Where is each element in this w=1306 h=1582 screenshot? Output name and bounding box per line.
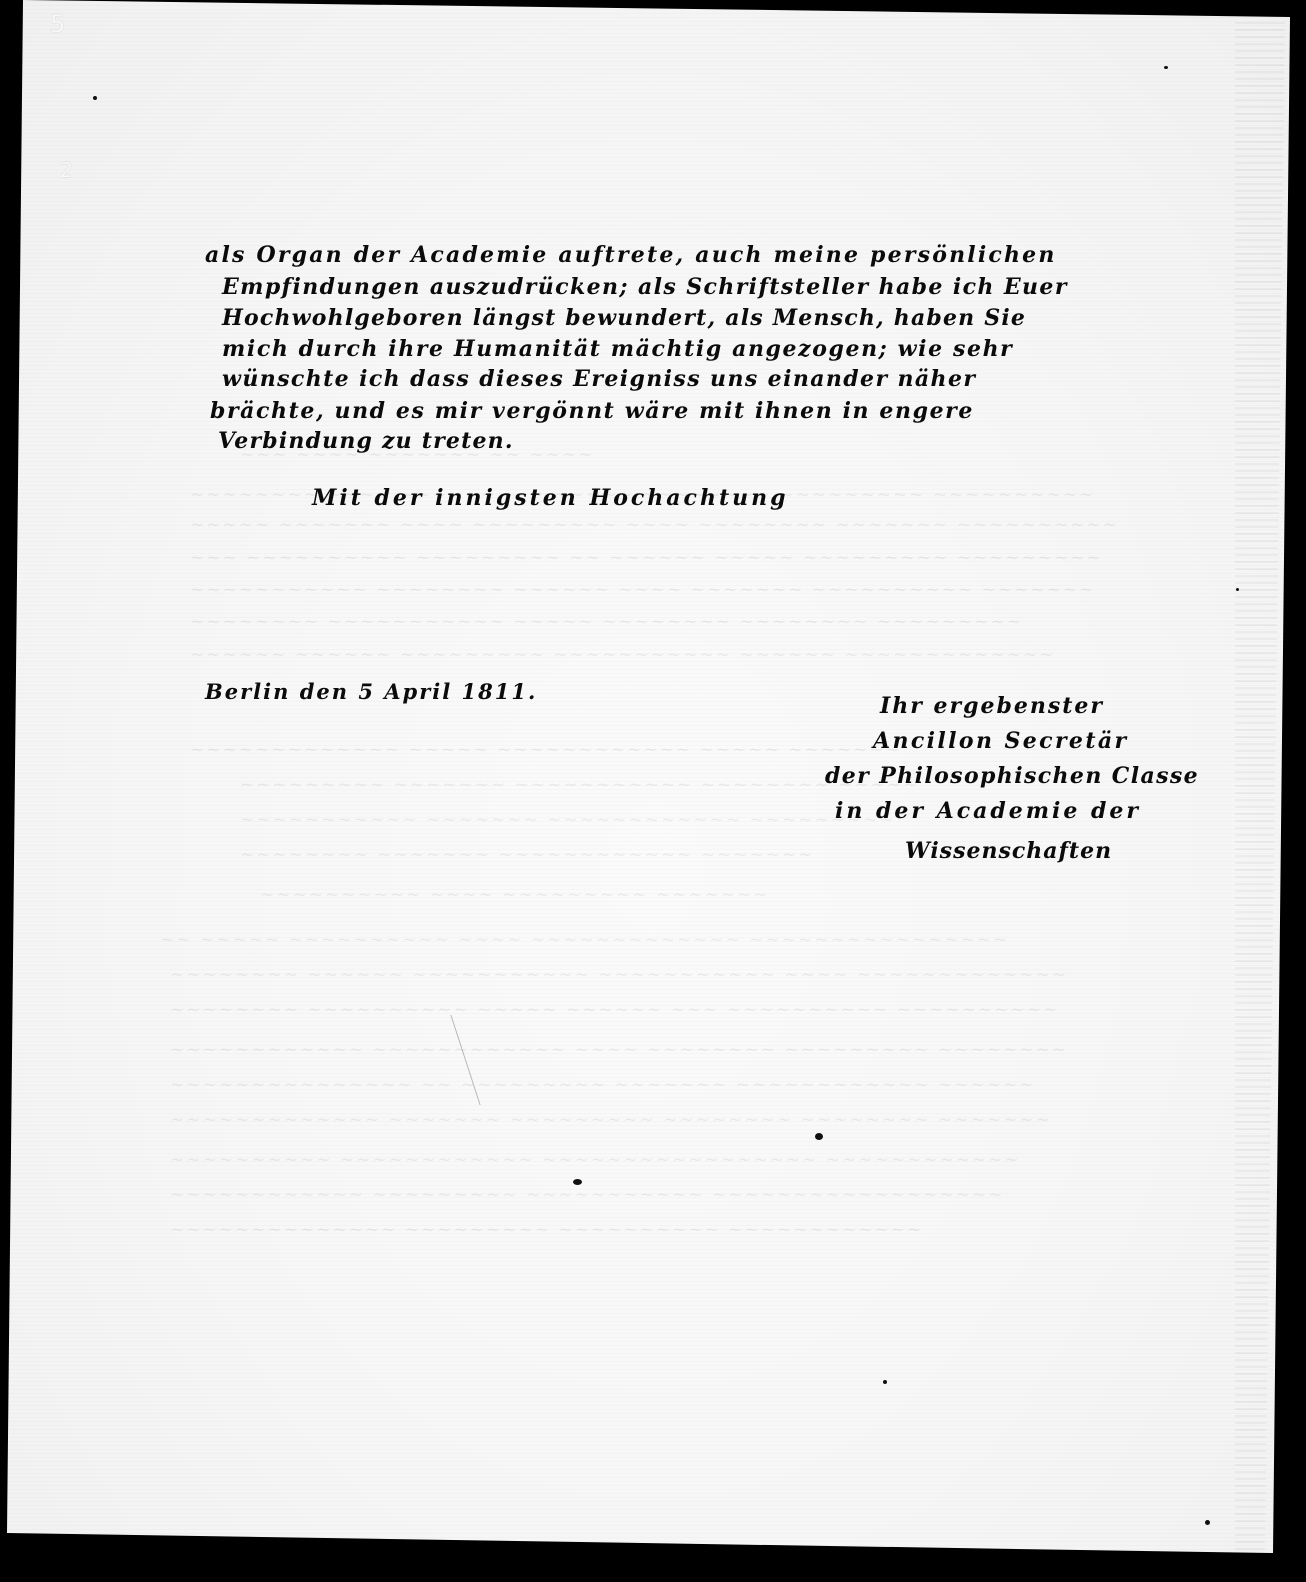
body-line-5: wünschte ich dass dieses Ereigniss uns e… bbox=[222, 366, 976, 392]
faint-archive-mark: 5 bbox=[50, 10, 65, 38]
signature-line-4: in der Academie der bbox=[835, 798, 1141, 824]
signature-line-2: Ancillon Secretär bbox=[873, 728, 1129, 754]
ink-spot bbox=[815, 1133, 823, 1140]
ink-speck bbox=[93, 96, 97, 100]
letter-closing: Mit der innigsten Hochachtung bbox=[312, 485, 788, 511]
body-line-4: mich durch ihre Humanität mächtig angezo… bbox=[222, 336, 1013, 362]
body-line-2: Empfindungen auszudrücken; als Schriftst… bbox=[222, 274, 1068, 300]
ink-speck bbox=[1236, 588, 1239, 591]
body-line-7: Verbindung zu treten. bbox=[218, 428, 514, 454]
body-line-3: Hochwohlgeboren längst bewundert, als Me… bbox=[222, 305, 1026, 331]
body-line-1: als Organ der Academie auftrete, auch me… bbox=[205, 242, 1057, 268]
body-line-6: brächte, und es mir vergönnt wäre mit ih… bbox=[210, 398, 974, 424]
ink-speck bbox=[1164, 66, 1168, 69]
signature-line-3: der Philosophischen Classe bbox=[825, 763, 1199, 789]
signature-line-1: Ihr ergebenster bbox=[880, 693, 1104, 719]
signature-line-5: Wissenschaften bbox=[905, 838, 1112, 864]
letter-dateline: Berlin den 5 April 1811. bbox=[205, 679, 537, 704]
ink-spot bbox=[573, 1179, 582, 1185]
ink-speck bbox=[1205, 1520, 1210, 1525]
ink-speck bbox=[883, 1380, 887, 1384]
faint-archive-mark: 2 bbox=[60, 158, 73, 182]
letter-page: 5 2 ~~~ ~~~~ ~~~~~~~ ~~ ~~~~ ~~~~~~~~ ~~… bbox=[0, 0, 1306, 1582]
